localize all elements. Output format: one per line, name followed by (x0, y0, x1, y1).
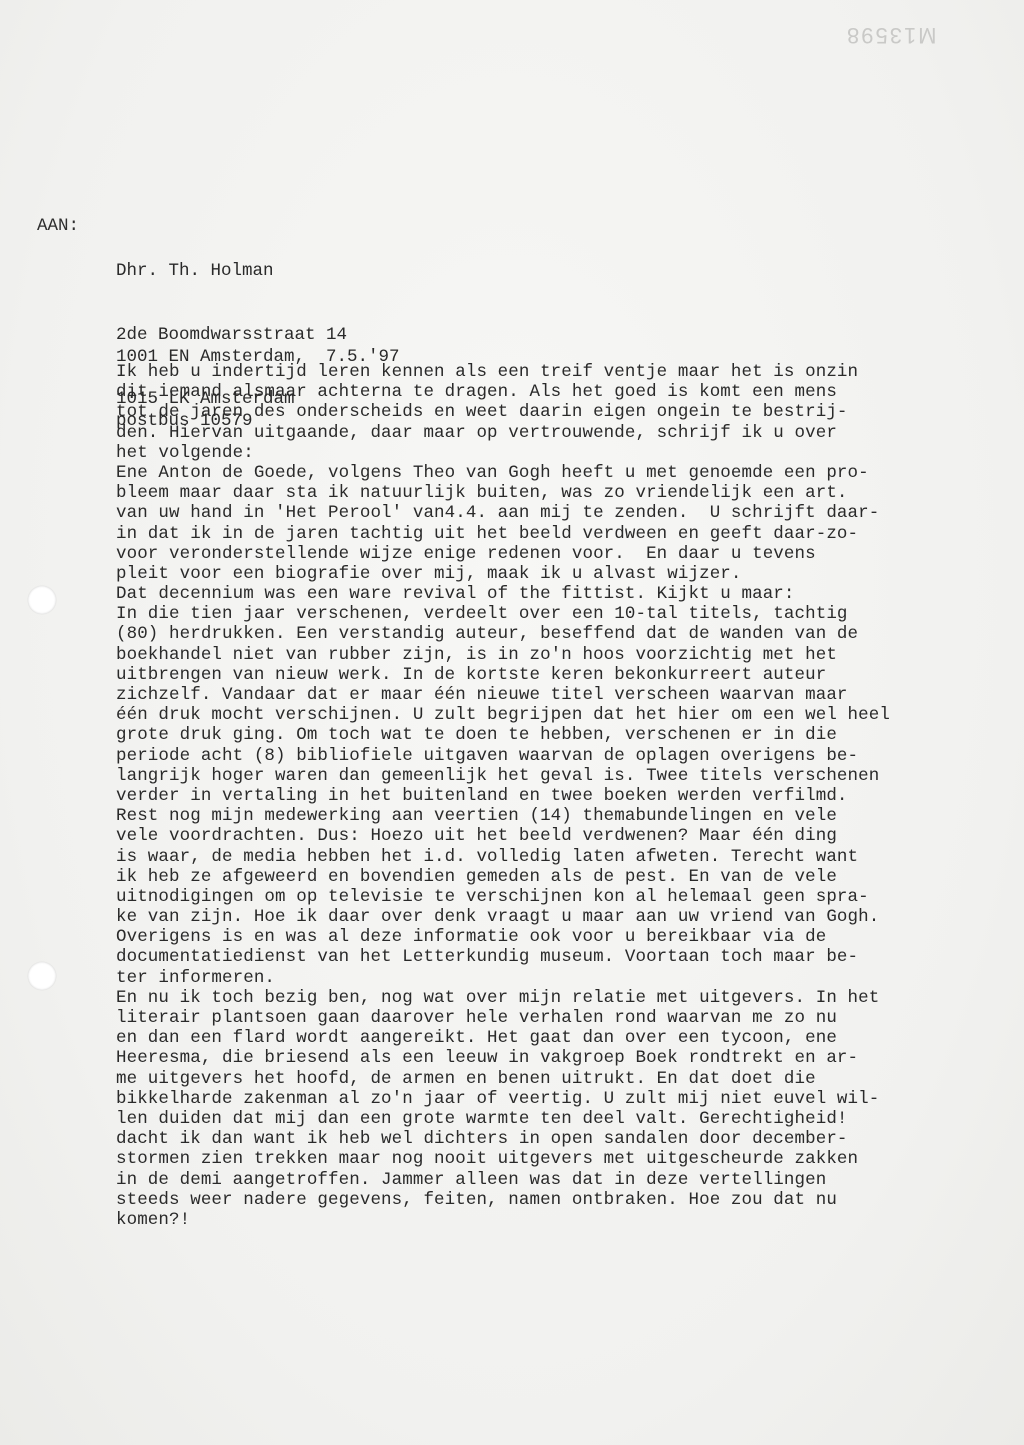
letter-body-line: vele voordrachten. Dus: Hoezo uit het be… (116, 826, 890, 846)
letter-body-line: in dat ik in de jaren tachtig uit het be… (116, 524, 890, 544)
archive-number-stamp: M13598 (845, 22, 937, 48)
letter-body-line: is waar, de media hebben het i.d. volled… (116, 847, 890, 867)
letter-body-line: steeds weer nadere gegevens, feiten, nam… (116, 1190, 890, 1210)
letter-body-line: Heeresma, die briesend als een leeuw in … (116, 1048, 890, 1068)
punch-hole (28, 962, 56, 990)
letter-body-line: tot de jaren des onderscheids en weet da… (116, 402, 890, 422)
letter-body-line: dacht ik dan want ik heb wel dichters in… (116, 1129, 890, 1149)
letter-body-line: in de demi aangetroffen. Jammer alleen w… (116, 1170, 890, 1190)
letter-body-line: uitnodigingen om op televisie te verschi… (116, 887, 890, 907)
recipient-label: AAN: (37, 216, 79, 237)
letter-body-line: documentatiedienst van het Letterkundig … (116, 947, 890, 967)
typewritten-letter-page: M13598 AAN: Dhr. Th. Holman 2de Boomdwar… (0, 0, 1024, 1445)
letter-body-line: den. Hiervan uitgaande, daar maar op ver… (116, 423, 890, 443)
letter-body-line: pleit voor een biografie over mij, maak … (116, 564, 890, 584)
letter-body-line: (80) herdrukken. Een verstandig auteur, … (116, 624, 890, 644)
letter-body-line: ke van zijn. Hoe ik daar over denk vraag… (116, 907, 890, 927)
letter-body-line: In die tien jaar verschenen, verdeelt ov… (116, 604, 890, 624)
letter-body-line: ik heb ze afgeweerd en bovendien gemeden… (116, 867, 890, 887)
letter-body-line: van uw hand in 'Het Perool' van4.4. aan … (116, 503, 890, 523)
letter-body-line: dit iemand alsmaar achterna te dragen. A… (116, 382, 890, 402)
letter-body-line: len duiden dat mij dan een grote warmte … (116, 1109, 890, 1129)
letter-body-line: één druk mocht verschijnen. U zult begri… (116, 705, 890, 725)
letter-body-line: bleem maar daar sta ik natuurlijk buiten… (116, 483, 890, 503)
letter-body: Ik heb u indertijd leren kennen als een … (116, 362, 890, 1230)
letter-body-line: stormen zien trekken maar nog nooit uitg… (116, 1149, 890, 1169)
letter-body-line: en dan een flard wordt aangereikt. Het g… (116, 1028, 890, 1048)
letter-body-line: Rest nog mijn medewerking aan veertien (… (116, 806, 890, 826)
letter-body-line: En nu ik toch bezig ben, nog wat over mi… (116, 988, 890, 1008)
letter-body-line: langrijk hoger waren dan gemeenlijk het … (116, 766, 890, 786)
letter-body-line: me uitgevers het hoofd, de armen en bene… (116, 1069, 890, 1089)
letter-body-line: Ene Anton de Goede, volgens Theo van Gog… (116, 463, 890, 483)
letter-body-line: periode acht (8) bibliofiele uitgaven wa… (116, 746, 890, 766)
letter-body-line: ter informeren. (116, 968, 890, 988)
letter-body-line: Overigens is en was al deze informatie o… (116, 927, 890, 947)
letter-body-line: zichzelf. Vandaar dat er maar één nieuwe… (116, 685, 890, 705)
letter-body-line: boekhandel niet van rubber zijn, is in z… (116, 645, 890, 665)
letter-body-line: grote druk ging. Om toch wat te doen te … (116, 725, 890, 745)
punch-hole (28, 586, 56, 614)
letter-body-line: verder in vertaling in het buitenland en… (116, 786, 890, 806)
letter-body-line: literair plantsoen gaan daarover hele ve… (116, 1008, 890, 1028)
letter-body-line: het volgende: (116, 443, 890, 463)
letter-body-line: bikkelharde zakenman al zo'n jaar of vee… (116, 1089, 890, 1109)
letter-body-line: Dat decennium was een ware revival of th… (116, 584, 890, 604)
letter-body-line: voor veronderstellende wijze enige reden… (116, 544, 890, 564)
recipient-name: Dhr. Th. Holman (116, 260, 347, 280)
letter-body-line: komen?! (116, 1210, 890, 1230)
letter-body-line: uitbrengen van nieuw werk. In de kortste… (116, 665, 890, 685)
letter-body-line: Ik heb u indertijd leren kennen als een … (116, 362, 890, 382)
